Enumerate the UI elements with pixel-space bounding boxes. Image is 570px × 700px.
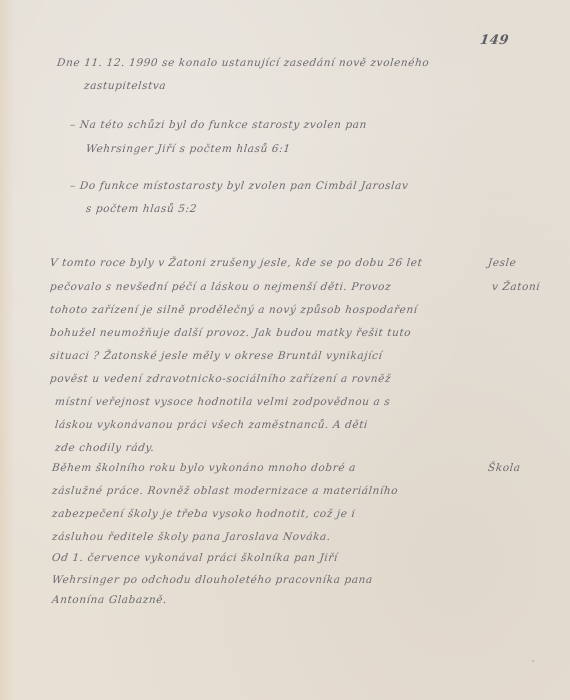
text-line: Wehrsinger Jiří s počtem hlasů 6:1: [85, 143, 291, 155]
text-line: zde chodily rády.: [54, 442, 155, 454]
text-line: láskou vykonávanou práci všech zaměstnan…: [54, 419, 368, 431]
text-line: situaci ? Žatonské jesle měly v okrese B…: [49, 350, 383, 362]
text-line: pečovalo s nevšední péčí a láskou o nejm…: [49, 281, 391, 293]
text-line: Během školního roku bylo vykonáno mnoho …: [51, 462, 356, 474]
text-line: Wehrsinger po odchodu dlouholetého praco…: [51, 574, 373, 586]
paper-speck: [532, 660, 534, 662]
margin-note-jesle-location: v Žatoni: [491, 281, 541, 293]
text-line: Od 1. července vykonával práci školníka …: [51, 552, 338, 564]
margin-note-jesle: Jesle: [487, 257, 517, 269]
margin-note-skola: Škola: [487, 462, 521, 474]
bullet-line: – Na této schůzi byl do funkce starosty …: [69, 119, 367, 131]
page-number: 149: [479, 33, 510, 48]
text-line: záslužné práce. Rovněž oblast modernizac…: [51, 485, 398, 497]
text-line: zastupitelstva: [83, 80, 166, 92]
text-line: Antonína Glabazně.: [51, 594, 167, 606]
text-line: V tomto roce byly v Žatoni zrušeny jesle…: [49, 257, 423, 269]
text-line: zabezpečení školy je třeba vysoko hodnot…: [51, 508, 356, 520]
text-line: místní veřejnost vysoce hodnotila velmi …: [54, 396, 391, 408]
text-line: tohoto zařízení je silně prodělečný a no…: [49, 304, 418, 316]
handwritten-chronicle-page: 149 Dne 11. 12. 1990 se konalo ustanujíc…: [0, 0, 570, 700]
paper-speck: [303, 184, 305, 186]
text-line: bohužel neumožňuje další provoz. Jak bud…: [49, 327, 411, 339]
bullet-line: – Do funkce místostarosty byl zvolen pan…: [69, 180, 409, 192]
text-line: Dne 11. 12. 1990 se konalo ustanující za…: [56, 57, 430, 69]
text-line: pověst u vedení zdravotnicko-sociálního …: [49, 373, 391, 385]
text-line: s počtem hlasů 5:2: [85, 203, 197, 215]
text-line: zásluhou ředitele školy pana Jaroslava N…: [51, 531, 331, 543]
